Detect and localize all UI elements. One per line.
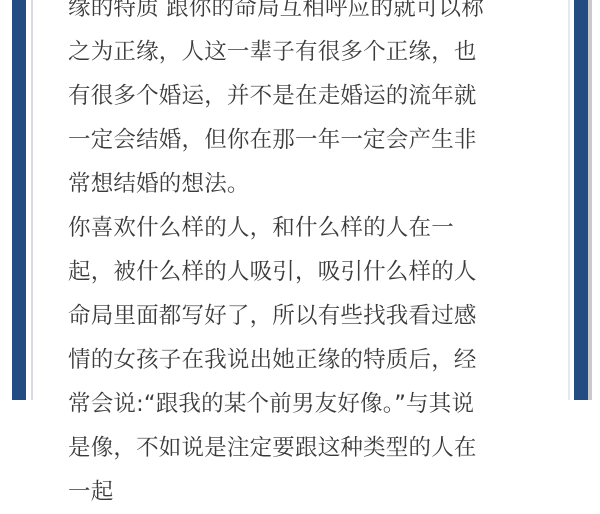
text-line: 缘的特质 跟你的命局互相呼应的就可以称 [68, 0, 558, 30]
text-line: 命局里面都写好了，所以有些找我看过感 [68, 294, 558, 338]
document-frame: 缘的特质 跟你的命局互相呼应的就可以称 之为正缘，人这一辈子有很多个正缘，也 有… [0, 0, 600, 400]
article-body: 缘的特质 跟你的命局互相呼应的就可以称 之为正缘，人这一辈子有很多个正缘，也 有… [68, 0, 558, 400]
left-blue-border [12, 0, 26, 400]
right-gray-edge [588, 0, 592, 400]
right-inner-rule [568, 0, 570, 400]
left-inner-rule [31, 0, 33, 400]
text-line: 一定会结婚，但你在那一年一定会产生非 [68, 118, 558, 162]
text-line: 有很多个婚运，并不是在走婚运的流年就 [68, 74, 558, 118]
text-line: 你喜欢什么样的人，和什么样的人在一 [68, 206, 558, 250]
text-line: 之为正缘，人这一辈子有很多个正缘，也 [68, 30, 558, 74]
text-line: 情的女孩子在我说出她正缘的特质后，经 [68, 338, 558, 382]
text-line: 起，被什么样的人吸引，吸引什么样的人 [68, 250, 558, 294]
right-blue-border [574, 0, 588, 400]
text-line: 常会说:“跟我的某个前男友好像。”与其说 [68, 382, 558, 400]
text-line: 常想结婚的想法。 [68, 162, 558, 206]
